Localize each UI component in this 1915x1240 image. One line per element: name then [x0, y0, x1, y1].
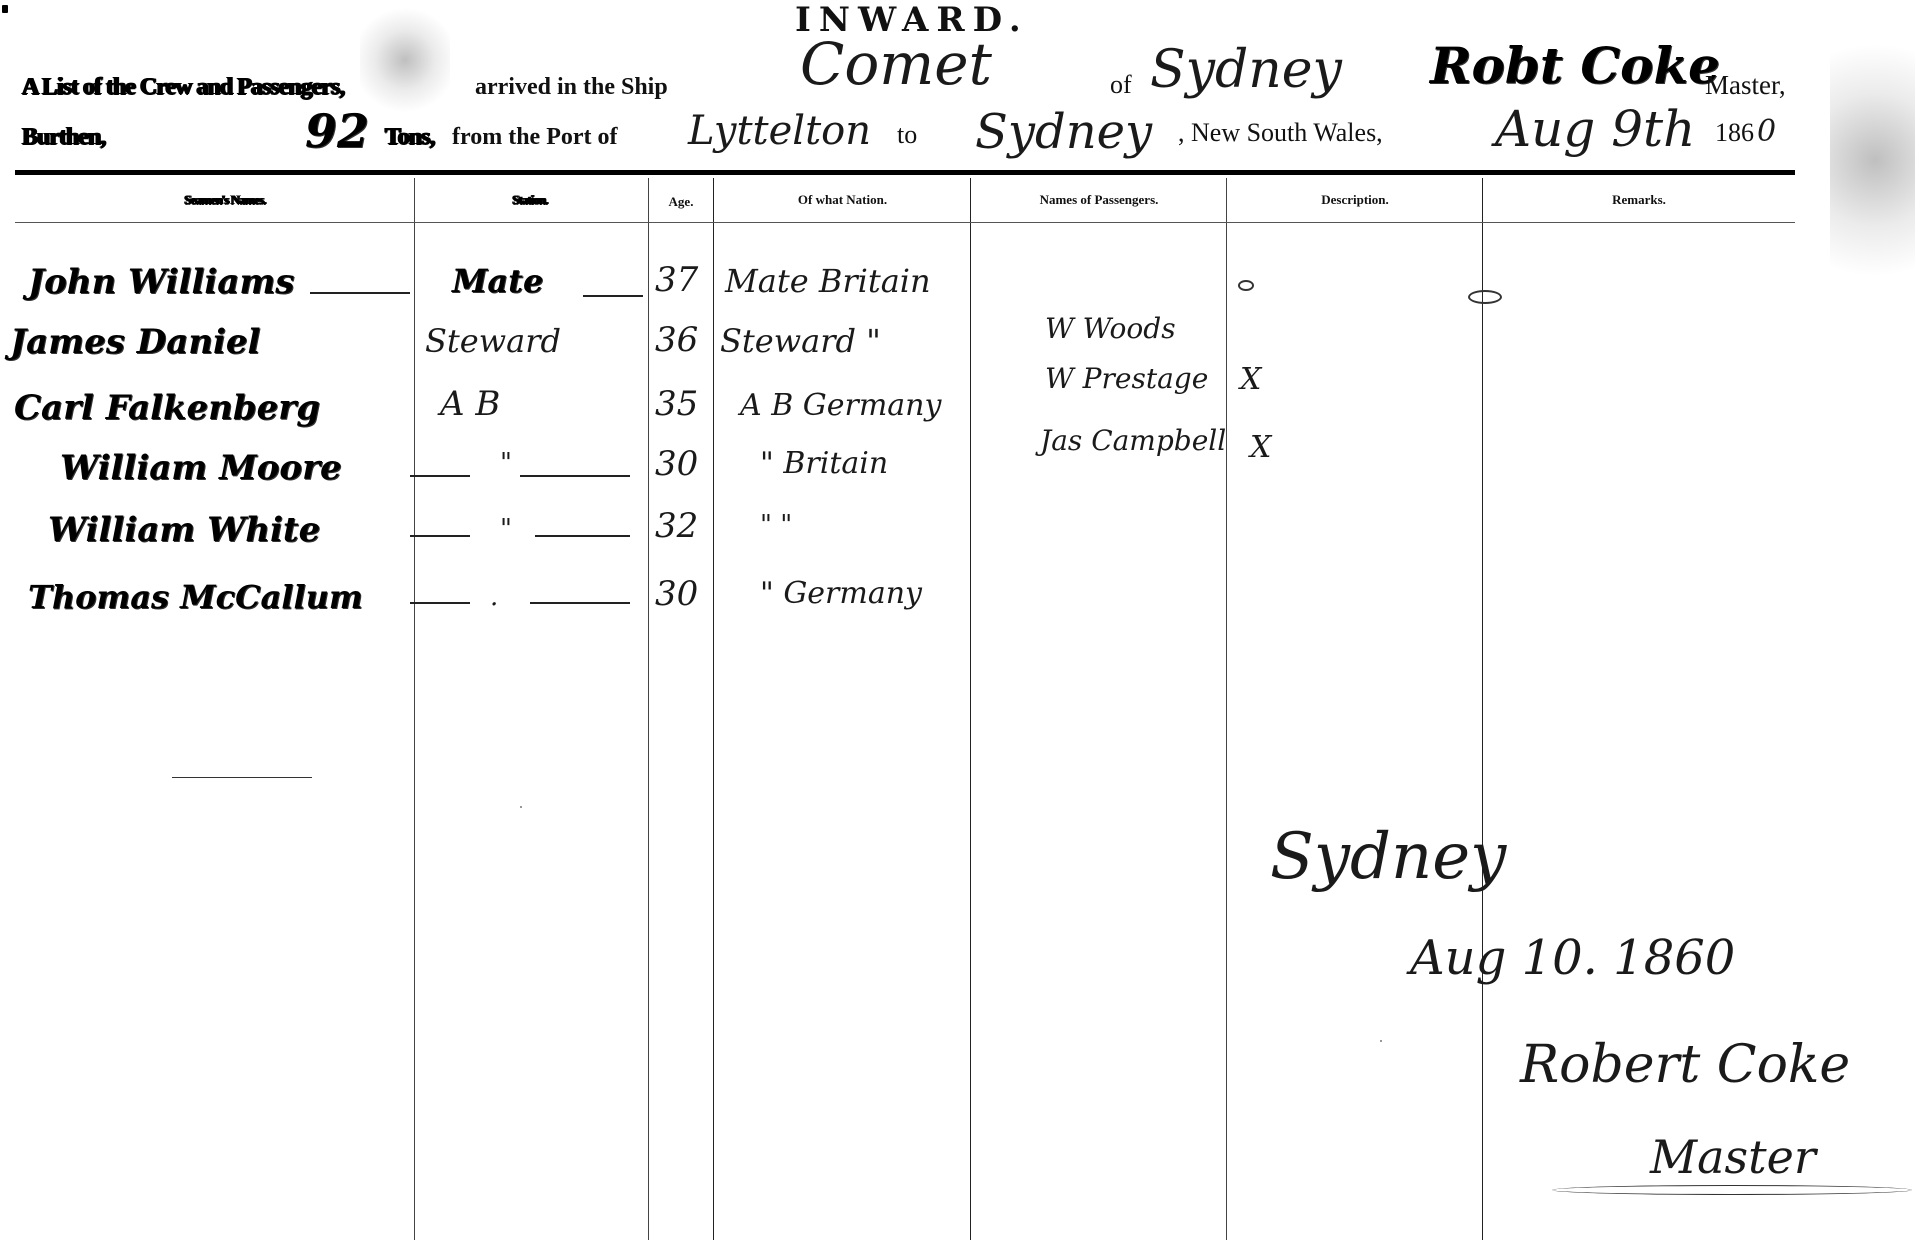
crew-station: Steward — [425, 322, 561, 360]
master-signature: Robert Coke — [1520, 1035, 1850, 1095]
arrived-label: arrived in the Ship — [475, 74, 668, 101]
passenger-name: W Woods — [1045, 312, 1176, 345]
crew-name: John Williams — [28, 262, 294, 302]
crew-name: Thomas McCallum — [28, 578, 363, 616]
col-station: Station. — [470, 192, 590, 208]
crew-age: 36 — [655, 320, 698, 360]
col-nation: Of what Nation. — [715, 192, 970, 208]
col-remarks: Remarks. — [1484, 192, 1794, 208]
dash-line — [530, 602, 630, 604]
scan-speck — [520, 806, 522, 808]
col-passengers: Names of Passengers. — [972, 192, 1226, 208]
crew-age: 30 — [655, 574, 698, 614]
dash-line — [535, 535, 630, 537]
crew-name: William Moore — [60, 448, 342, 488]
signing-date: Aug 10. 1860 — [1410, 930, 1735, 986]
col-description: Description. — [1228, 192, 1482, 208]
crew-station: Mate — [452, 262, 543, 300]
signature-title: Master — [1650, 1130, 1816, 1184]
crew-station: " — [500, 514, 512, 544]
underline-mark — [172, 777, 312, 778]
crew-nation: Mate Britain — [725, 262, 931, 300]
departure-port: Lyttelton — [688, 108, 871, 154]
of-label: of — [1110, 70, 1132, 100]
col-seamens-names: Seamen's Names. — [150, 192, 300, 208]
from-port-label: from the Port of — [452, 124, 618, 151]
master-name: Robt Coke — [1430, 36, 1720, 95]
dash-line — [310, 292, 410, 294]
master-label: Master, — [1705, 70, 1786, 101]
crew-nation: " Britain — [760, 446, 888, 481]
column-divider — [713, 178, 714, 1240]
arrival-date: Aug 9th — [1495, 100, 1695, 158]
column-divider — [1226, 178, 1227, 1240]
dash-line — [583, 295, 643, 297]
crew-nation: A B Germany — [740, 388, 941, 423]
ship-name: Comet — [800, 30, 992, 98]
crew-name: Carl Falkenberg — [14, 388, 320, 428]
crew-station: " — [500, 448, 512, 478]
signing-place: Sydney — [1270, 820, 1506, 894]
column-divider — [414, 178, 415, 1240]
obscured-heading-text: A List of the Crew and Passengers, — [22, 74, 344, 101]
crew-age: 30 — [655, 444, 698, 484]
crew-name: James Daniel — [10, 322, 260, 362]
ink-blot-icon — [1238, 280, 1254, 291]
col-age: Age. — [650, 194, 712, 210]
destination-port: Sydney — [975, 104, 1152, 160]
year-prefix: 186 — [1715, 118, 1754, 148]
scan-noise — [360, 0, 450, 120]
passenger-name: W Prestage — [1045, 362, 1208, 395]
passenger-name: Jas Campbell — [1040, 424, 1226, 457]
scan-noise — [1830, 0, 1915, 320]
crew-age: 35 — [655, 384, 698, 424]
crew-nation: Steward " — [720, 322, 881, 360]
column-divider — [648, 178, 649, 1240]
column-divider — [1482, 178, 1483, 1240]
passenger-mark: X — [1250, 430, 1271, 465]
header-row-rule — [15, 222, 1795, 223]
colony-label: , New South Wales, — [1178, 118, 1383, 148]
crew-age: 37 — [655, 260, 698, 300]
burthen-label: Burthen, — [22, 124, 105, 151]
signature-flourish — [1552, 1185, 1912, 1195]
ink-blot-icon — [1468, 290, 1502, 304]
crew-station: A B — [440, 384, 500, 424]
year-suffix: 0 — [1757, 114, 1776, 149]
column-divider — [970, 178, 971, 1240]
dash-line — [410, 602, 470, 604]
dash-line — [520, 475, 630, 477]
crew-nation: " Germany — [760, 576, 922, 611]
scan-speck — [2, 5, 8, 13]
crew-age: 32 — [655, 506, 698, 546]
passenger-mark: X — [1240, 362, 1261, 397]
tons-label: Tons, — [385, 124, 435, 151]
header-rule — [15, 170, 1795, 175]
crew-nation: " " — [760, 510, 792, 540]
dash-line — [410, 475, 470, 477]
to-label: to — [897, 120, 917, 150]
crew-station: . — [490, 582, 498, 612]
scan-speck — [1380, 1040, 1382, 1042]
home-port: Sydney — [1150, 40, 1342, 100]
crew-name: William White — [48, 510, 320, 550]
dash-line — [410, 535, 470, 537]
